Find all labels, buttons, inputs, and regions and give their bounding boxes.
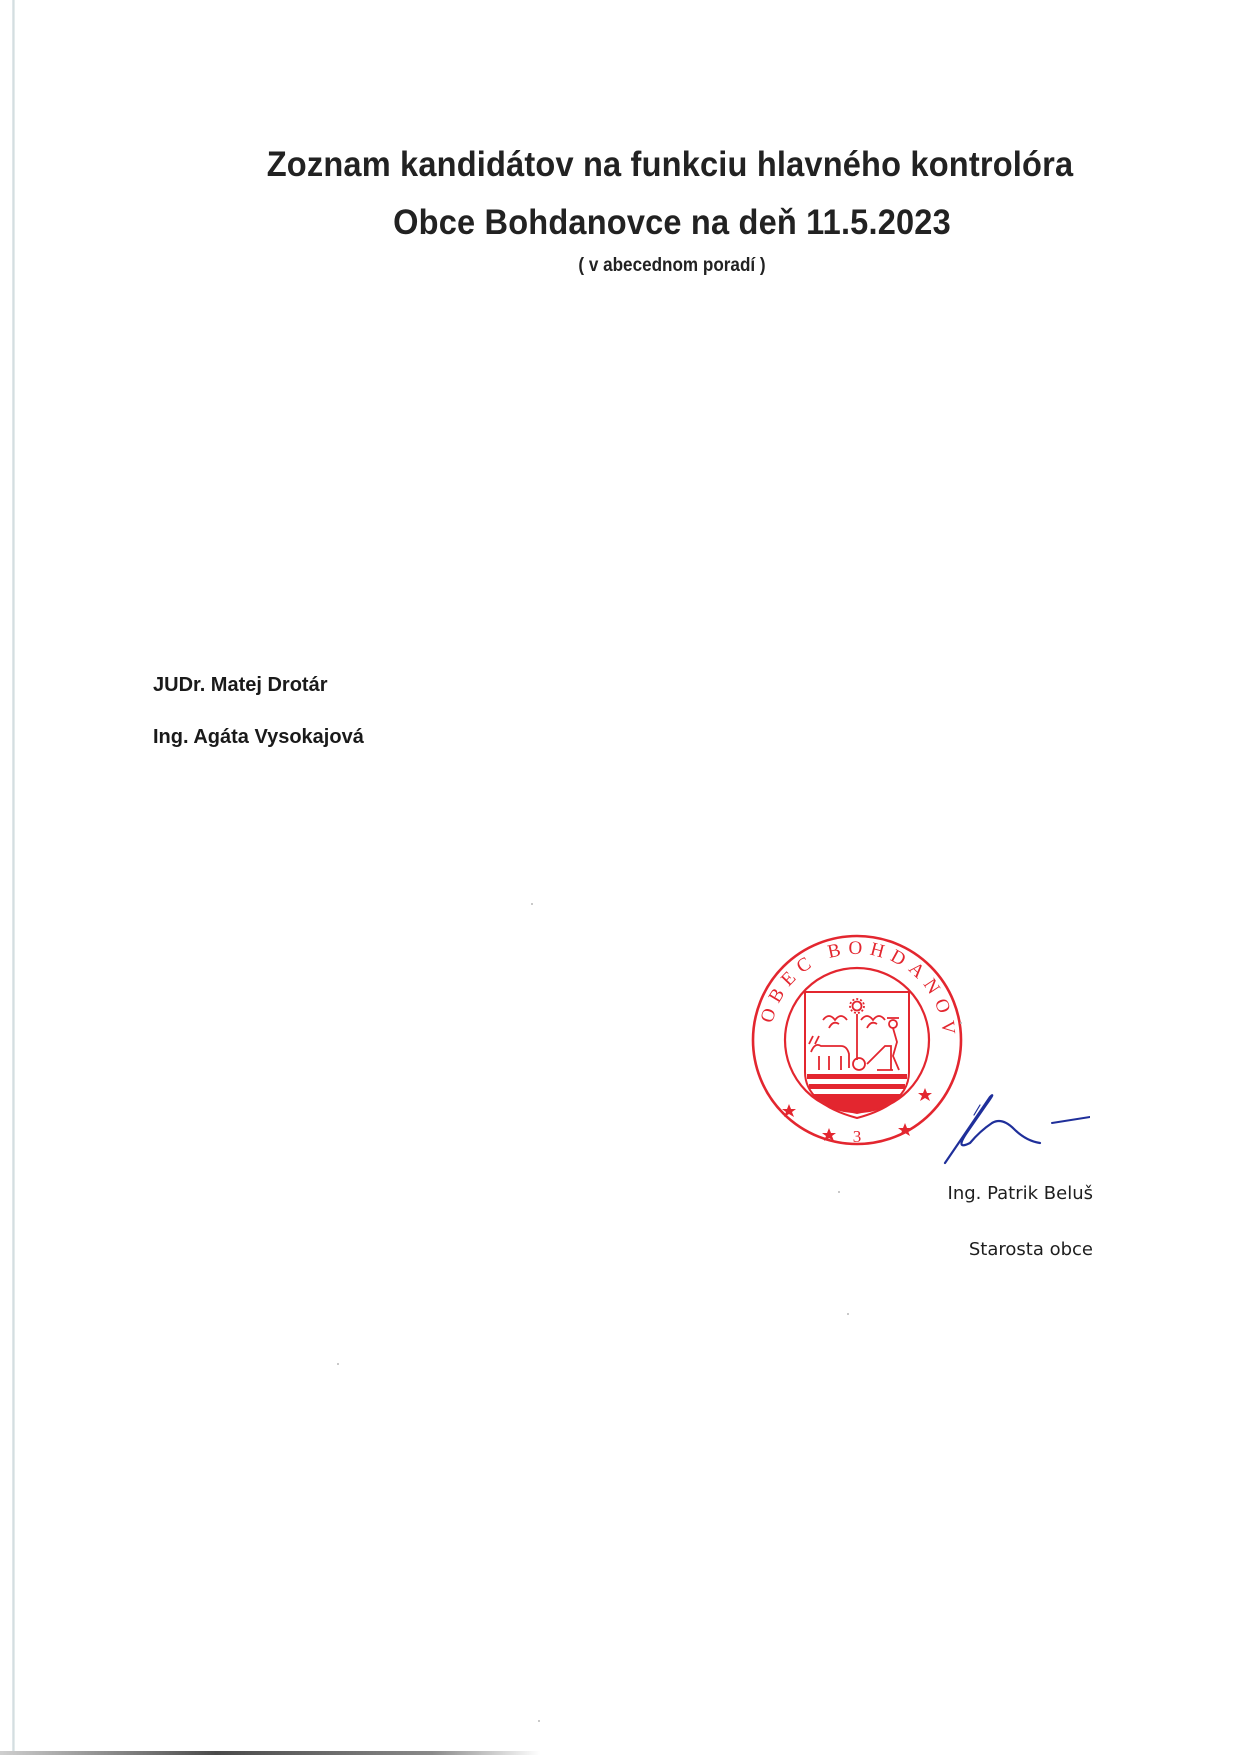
scan-speck	[838, 1191, 840, 1193]
municipal-stamp-icon: OBEC BOHDANOVCE 3	[749, 932, 965, 1148]
stamp-number: 3	[853, 1127, 862, 1146]
scan-speck	[960, 1022, 962, 1024]
scan-edge-left	[12, 0, 15, 1755]
scan-speck	[538, 1720, 540, 1722]
document-subtitle: ( v abecednom poradí )	[114, 255, 1230, 277]
candidate-list: JUDr. Matej Drotár Ing. Agáta Vysokajová	[153, 671, 364, 775]
signatory-name: Ing. Patrik Beluš	[931, 1183, 1093, 1204]
document-title-line1: Zoznam kandidátov na funkciu hlavného ko…	[93, 145, 1240, 185]
signatory-role: Starosta obce	[931, 1239, 1093, 1260]
scan-speck	[337, 1363, 339, 1365]
scan-speck	[531, 903, 533, 905]
document-title-line2: Obce Bohdanovce na deň 11.5.2023	[95, 203, 1240, 243]
scan-speck	[847, 1313, 849, 1315]
candidate-item: JUDr. Matej Drotár	[153, 671, 364, 723]
scan-edge-bottom	[0, 1751, 540, 1755]
candidate-item: Ing. Agáta Vysokajová	[153, 723, 364, 775]
signature-icon	[940, 1085, 1090, 1165]
